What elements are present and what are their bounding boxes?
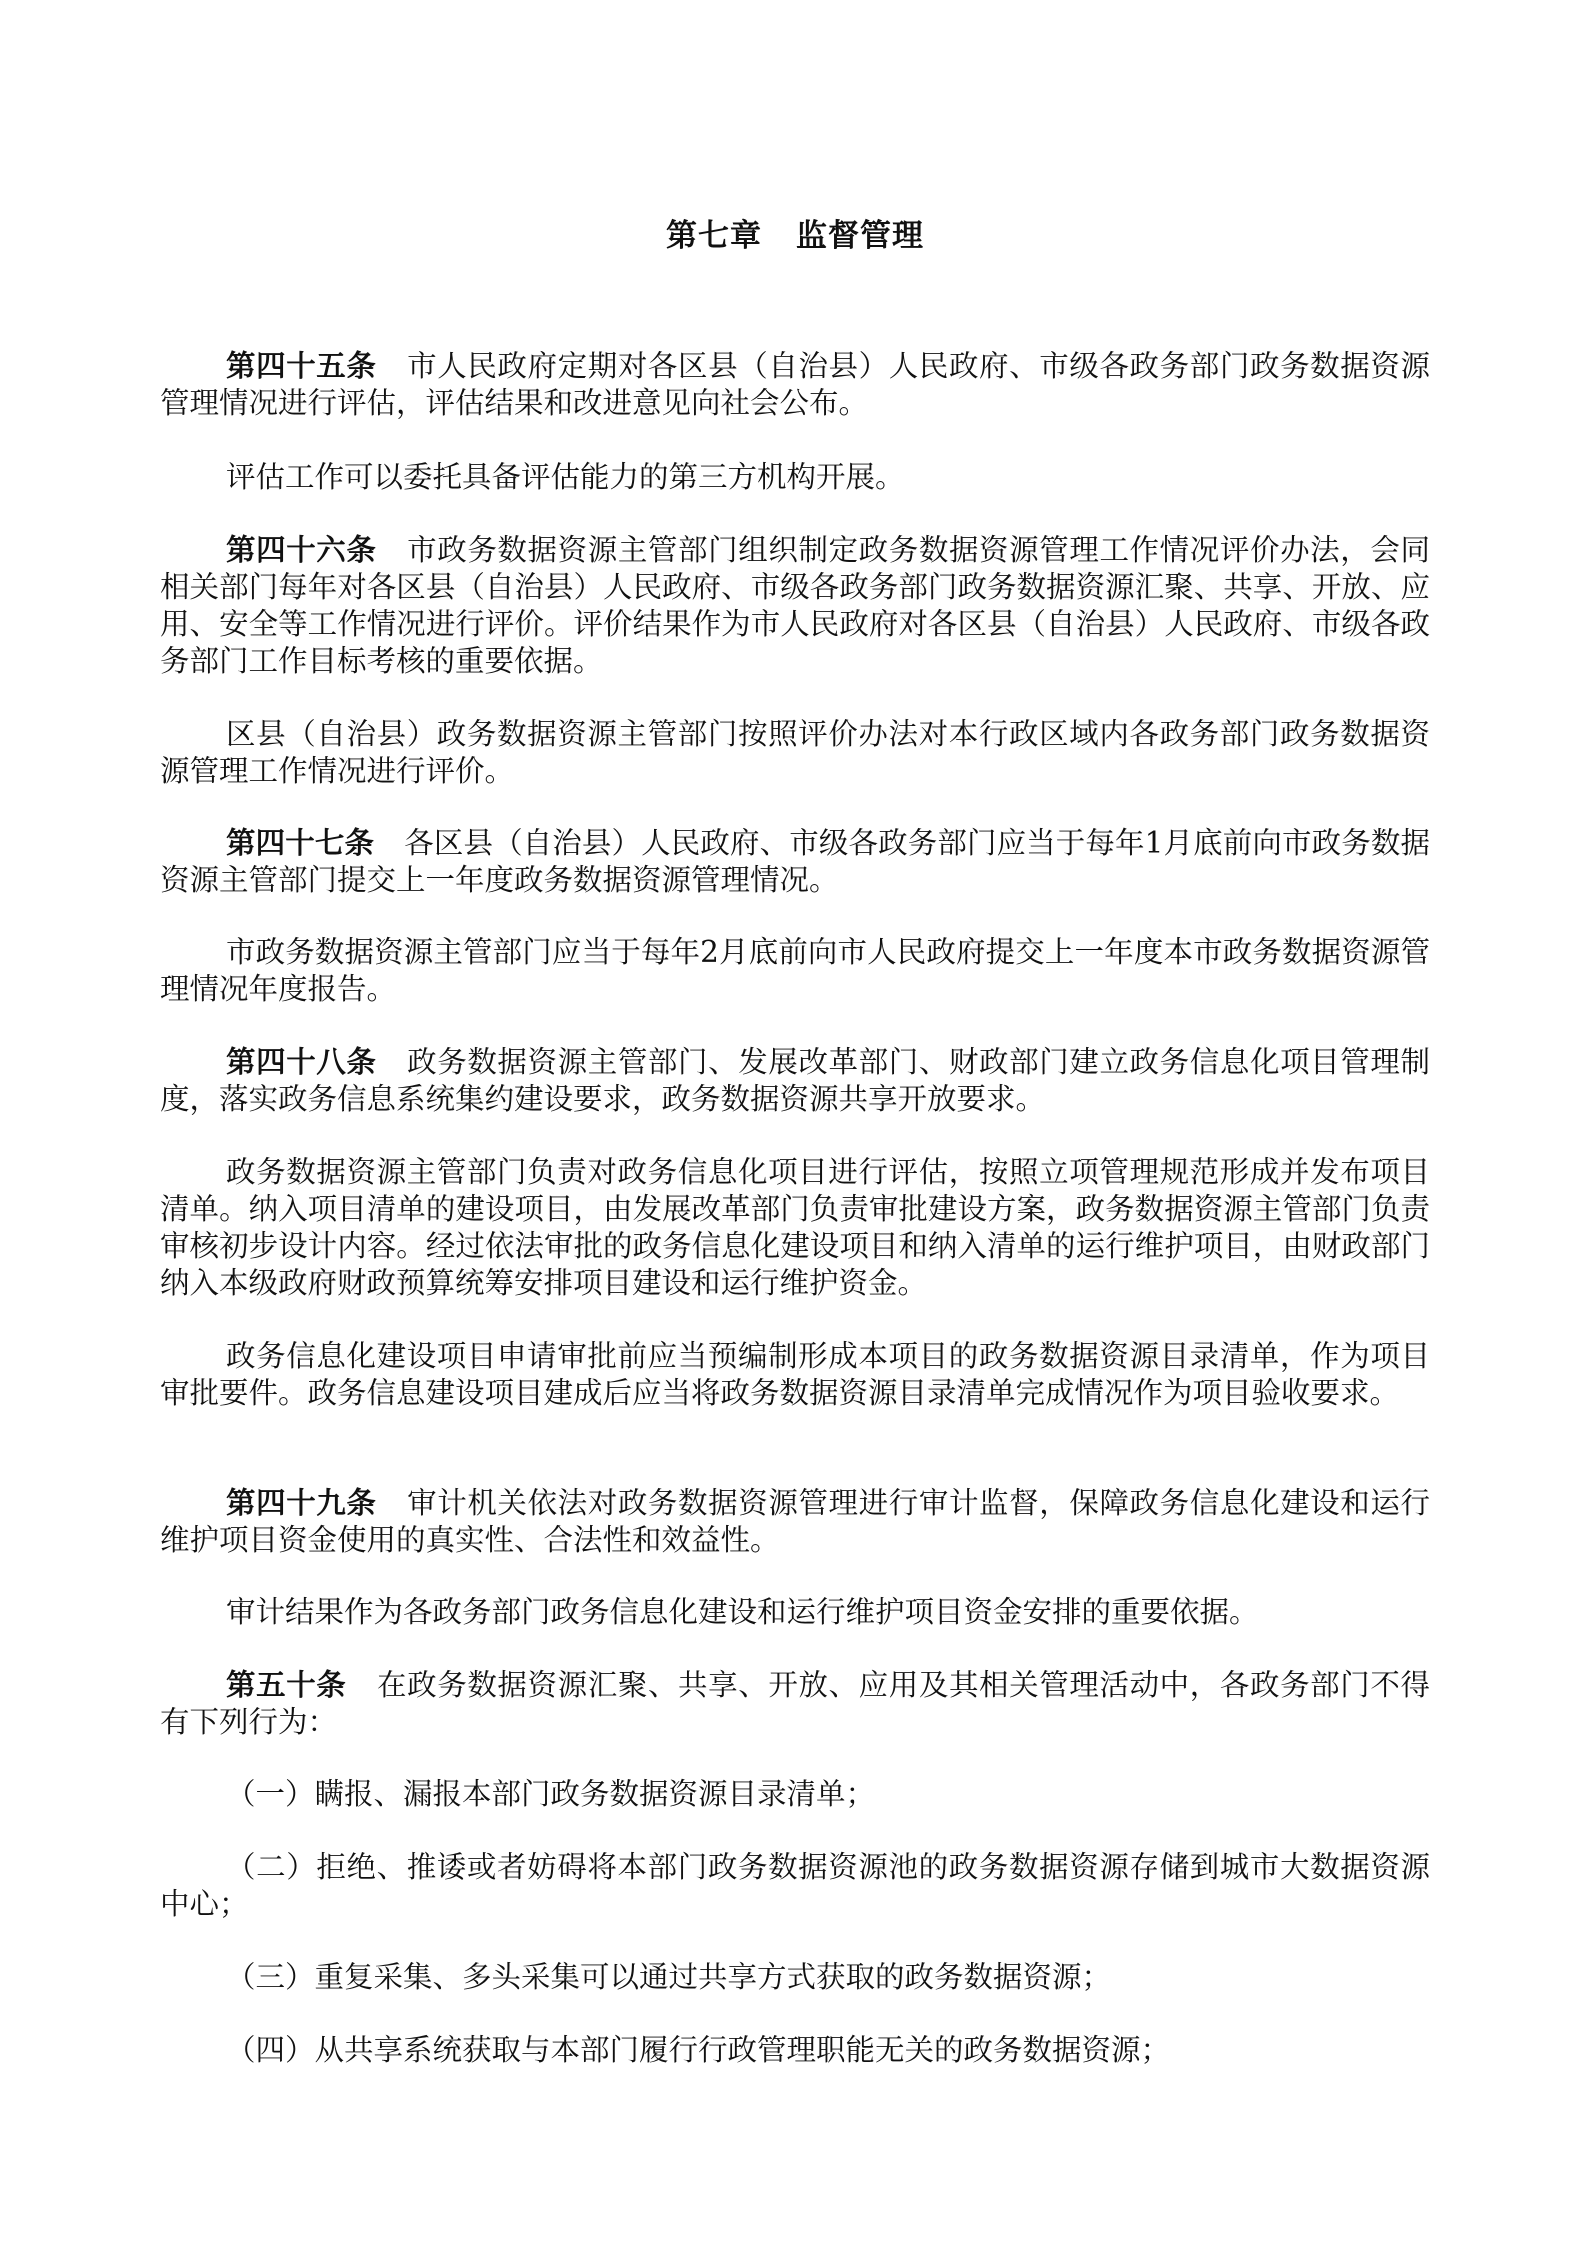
paragraph-text: 评估工作可以委托具备评估能力的第三方机构开展。 [226,460,905,494]
article-50-paragraph: 第五十条在政务数据资源汇聚、共享、开放、应用及其相关管理活动中，各政务部门不得有… [160,1667,1430,1741]
paragraph-text: （四）从共享系统获取与本部门履行行政管理职能无关的政务数据资源； [226,2033,1170,2067]
article-49-paragraph: 第四十九条审计机关依法对政务数据资源管理进行审计监督，保障政务信息化建设和运行维… [160,1485,1430,1559]
list-item-2: （二）拒绝、推诿或者妨碍将本部门政务数据资源池的政务数据资源存储到城市大数据资源… [160,1849,1430,1923]
paragraph-text: 审计结果作为各政务部门政务信息化建设和运行维护项目资金安排的重要依据。 [226,1595,1259,1629]
chapter-title: 第七章监督管理 [160,210,1430,255]
article-heading: 第五十条 [226,1668,346,1702]
list-item-3: （三）重复采集、多头采集可以通过共享方式获取的政务数据资源； [160,1959,1430,1996]
paragraph-text: 在政务数据资源汇聚、共享、开放、应用及其相关管理活动中，各政务部门不得有下列行为… [160,1668,1430,1739]
article-heading: 第四十八条 [226,1045,377,1079]
paragraph-text: 政务信息化建设项目申请审批前应当预编制形成本项目的政务数据资源目录清单，作为项目… [160,1339,1430,1410]
paragraph-text: 政务数据资源主管部门负责对政务信息化项目进行评估，按照立项管理规范形成并发布项目… [160,1155,1430,1300]
article-46-paragraph-2: 区县（自治县）政务数据资源主管部门按照评价办法对本行政区域内各政务部门政务数据资… [160,716,1430,790]
article-48-paragraph-3: 政务信息化建设项目申请审批前应当预编制形成本项目的政务数据资源目录清单，作为项目… [160,1338,1430,1412]
article-47-paragraph: 第四十七条各区县（自治县）人民政府、市级各政务部门应当于每年1月底前向市政务数据… [160,825,1430,899]
article-48-paragraph: 第四十八条政务数据资源主管部门、发展改革部门、财政部门建立政务信息化项目管理制度… [160,1044,1430,1118]
article-46-paragraph: 第四十六条市政务数据资源主管部门组织制定政务数据资源管理工作情况评价办法，会同相… [160,532,1430,680]
chapter-name: 监督管理 [796,218,924,254]
article-heading: 第四十五条 [226,349,377,383]
article-48-paragraph-2: 政务数据资源主管部门负责对政务信息化项目进行评估，按照立项管理规范形成并发布项目… [160,1154,1430,1302]
paragraph-text: （一）瞒报、漏报本部门政务数据资源目录清单； [226,1777,875,1811]
article-49-paragraph-2: 审计结果作为各政务部门政务信息化建设和运行维护项目资金安排的重要依据。 [160,1594,1430,1631]
article-45-paragraph: 第四十五条市人民政府定期对各区县（自治县）人民政府、市级各政务部门政务数据资源管… [160,348,1430,422]
list-item-4: （四）从共享系统获取与本部门履行行政管理职能无关的政务数据资源； [160,2032,1430,2069]
article-heading: 第四十七条 [226,826,374,860]
article-45-paragraph-2: 评估工作可以委托具备评估能力的第三方机构开展。 [160,459,1430,496]
chapter-number: 第七章 [666,218,762,254]
paragraph-text: （三）重复采集、多头采集可以通过共享方式获取的政务数据资源； [226,1960,1111,1994]
article-heading: 第四十九条 [226,1486,377,1520]
paragraph-text: （二）拒绝、推诿或者妨碍将本部门政务数据资源池的政务数据资源存储到城市大数据资源… [160,1850,1430,1921]
paragraph-text: 区县（自治县）政务数据资源主管部门按照评价办法对本行政区域内各政务部门政务数据资… [160,717,1430,788]
article-heading: 第四十六条 [226,533,377,567]
paragraph-text: 市政务数据资源主管部门应当于每年2月底前向市人民政府提交上一年度本市政务数据资源… [160,935,1430,1006]
article-47-paragraph-2: 市政务数据资源主管部门应当于每年2月底前向市人民政府提交上一年度本市政务数据资源… [160,934,1430,1008]
list-item-1: （一）瞒报、漏报本部门政务数据资源目录清单； [160,1776,1430,1813]
